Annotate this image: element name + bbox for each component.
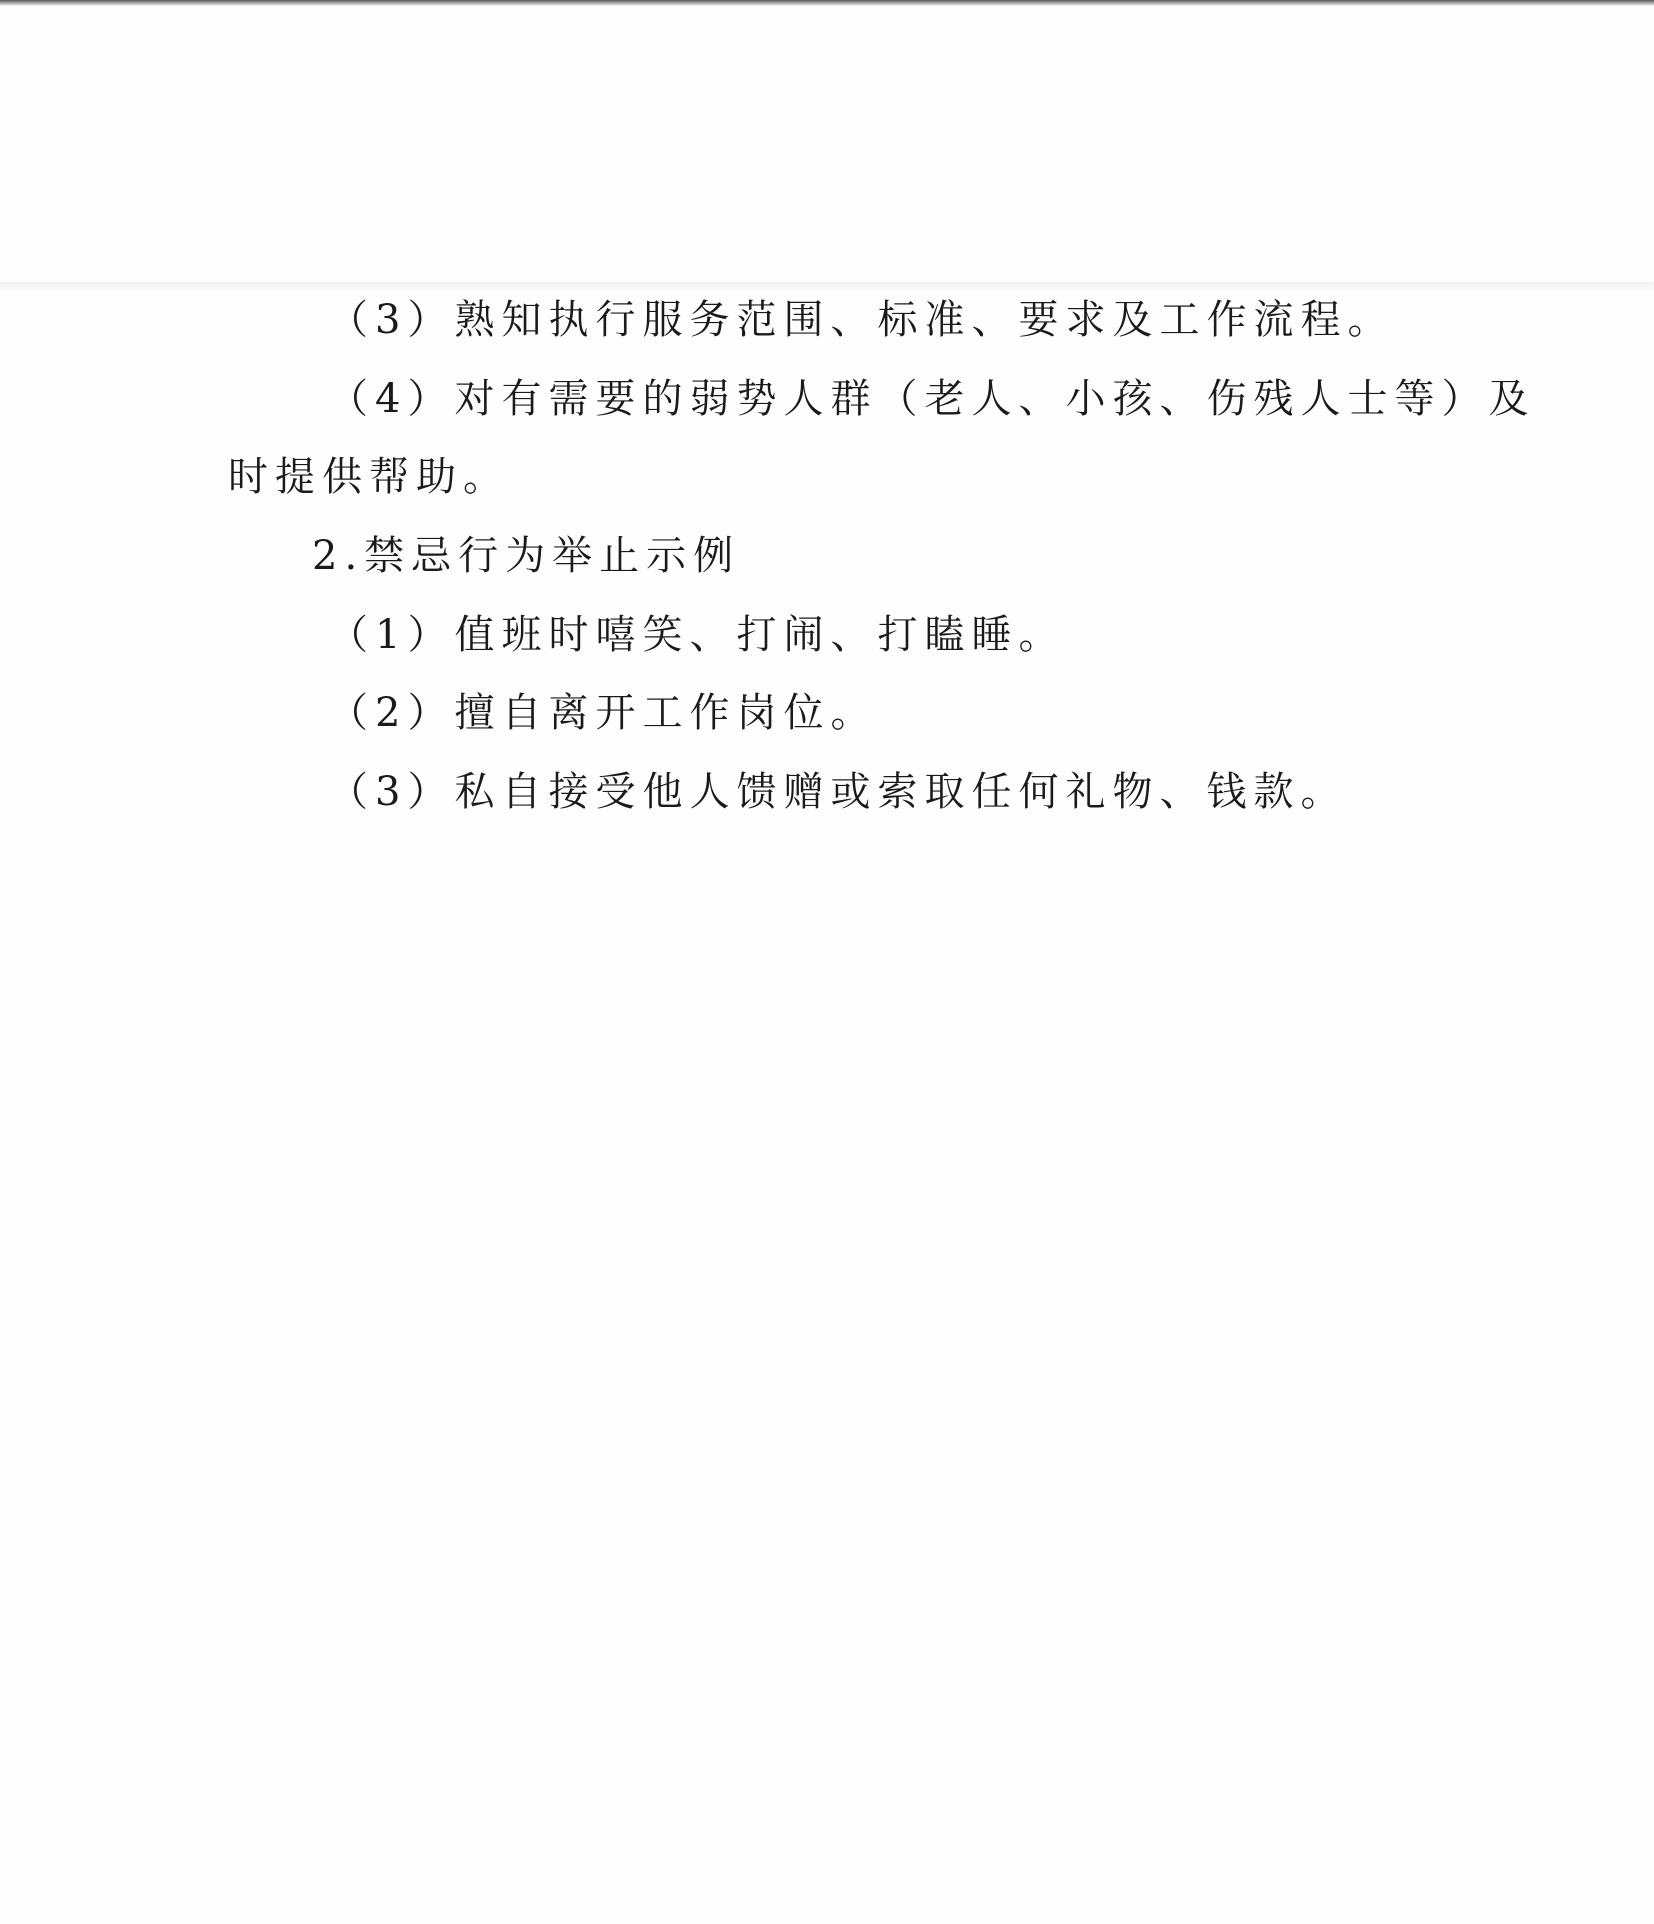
item-label: （3） <box>328 769 454 815</box>
item-text: 擅自离开工作岗位。 <box>454 690 877 736</box>
section-heading: 2.禁忌行为举止示例 <box>312 532 740 580</box>
paper-fold-shadow <box>0 282 1654 292</box>
list-item-forbidden-2: （2）擅自离开工作岗位。 <box>328 689 877 737</box>
item-label: （4） <box>328 376 454 422</box>
item-label: （2） <box>328 690 454 736</box>
item-text: 值班时嘻笑、打闹、打瞌睡。 <box>454 612 1065 658</box>
item-text-continuation: 时提供帮助。 <box>228 454 510 500</box>
item-text: 熟知执行服务范围、标准、要求及工作流程。 <box>454 297 1394 343</box>
list-item-allowed-3: （3）熟知执行服务范围、标准、要求及工作流程。 <box>328 296 1394 344</box>
scan-top-edge-shadow <box>0 0 1654 6</box>
list-item-forbidden-1: （1）值班时嘻笑、打闹、打瞌睡。 <box>328 611 1065 659</box>
item-text: 对有需要的弱势人群（老人、小孩、伤残人士等）及 <box>454 376 1535 422</box>
list-item-allowed-4-continuation: 时提供帮助。 <box>228 453 510 501</box>
list-item-allowed-4: （4）对有需要的弱势人群（老人、小孩、伤残人士等）及 <box>328 375 1535 423</box>
item-label: （3） <box>328 297 454 343</box>
item-text: 私自接受他人馈赠或索取任何礼物、钱款。 <box>454 769 1347 815</box>
list-item-forbidden-3: （3）私自接受他人馈赠或索取任何礼物、钱款。 <box>328 768 1347 816</box>
scanned-page: （3）熟知执行服务范围、标准、要求及工作流程。 （4）对有需要的弱势人群（老人、… <box>0 0 1654 1924</box>
section-heading-text: 2.禁忌行为举止示例 <box>312 533 740 579</box>
item-label: （1） <box>328 612 454 658</box>
